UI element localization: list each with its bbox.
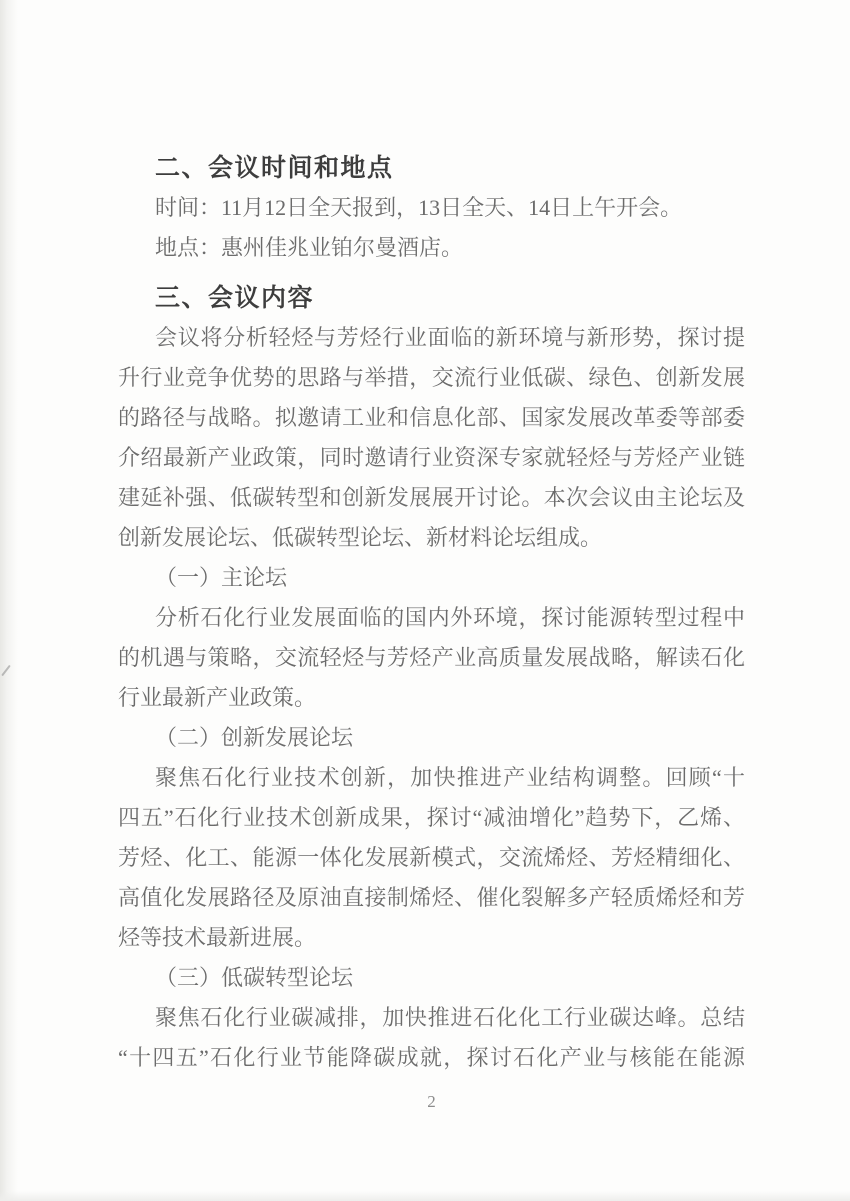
text-line: 时间：11月12日全天报到，13日全天、14日上午开会。 xyxy=(118,188,745,228)
text-line: 聚焦石化行业技术创新，加快推进产业结构调整。回顾“十 xyxy=(118,758,745,798)
document-body: 二、会议时间和地点时间：11月12日全天报到，13日全天、14日上午开会。地点：… xyxy=(118,148,745,1078)
text-line: 分析石化行业发展面临的国内外环境，探讨能源转型过程中 xyxy=(118,598,745,638)
text-line: 行业最新产业政策。 xyxy=(118,678,745,718)
text-line: 升行业竞争优势的思路与举措，交流行业低碳、绿色、创新发展 xyxy=(118,358,745,398)
text-line: 创新发展论坛、低碳转型论坛、新材料论坛组成。 xyxy=(118,518,745,558)
scan-artifact-mark xyxy=(1,665,11,676)
text-line: 四五”石化行业技术创新成果，探讨“减油增化”趋势下，乙烯、 xyxy=(118,798,745,838)
scanned-document-page: 二、会议时间和地点时间：11月12日全天报到，13日全天、14日上午开会。地点：… xyxy=(0,0,850,1201)
text-line: 高值化发展路径及原油直接制烯烃、催化裂解多产轻质烯烃和芳 xyxy=(118,878,745,918)
text-line: “十四五”石化行业节能降碳成就，探讨石化产业与核能在能源 xyxy=(118,1038,745,1078)
text-line: 建延补强、低碳转型和创新发展展开讨论。本次会议由主论坛及 xyxy=(118,478,745,518)
text-line: 会议将分析轻烃与芳烃行业面临的新环境与新形势，探讨提 xyxy=(118,318,745,358)
text-line: 芳烃、化工、能源一体化发展新模式，交流烯烃、芳烃精细化、 xyxy=(118,838,745,878)
text-line: （二）创新发展论坛 xyxy=(118,718,745,758)
text-line: 的机遇与策略，交流轻烃与芳烃产业高质量发展战略，解读石化 xyxy=(118,638,745,678)
text-line: 烃等技术最新进展。 xyxy=(118,918,745,958)
text-line: （三）低碳转型论坛 xyxy=(118,958,745,998)
text-line: （一）主论坛 xyxy=(118,558,745,598)
text-line: 聚焦石化行业碳减排，加快推进石化化工行业碳达峰。总结 xyxy=(118,998,745,1038)
text-line: 地点：惠州佳兆业铂尔曼酒店。 xyxy=(118,228,745,268)
section-heading: 二、会议时间和地点 xyxy=(118,148,745,188)
section-heading: 三、会议内容 xyxy=(118,278,745,318)
page-number: 2 xyxy=(118,1090,745,1114)
text-line: 的路径与战略。拟邀请工业和信息化部、国家发展改革委等部委 xyxy=(118,398,745,438)
text-line: 介绍最新产业政策，同时邀请行业资深专家就轻烃与芳烃产业链 xyxy=(118,438,745,478)
